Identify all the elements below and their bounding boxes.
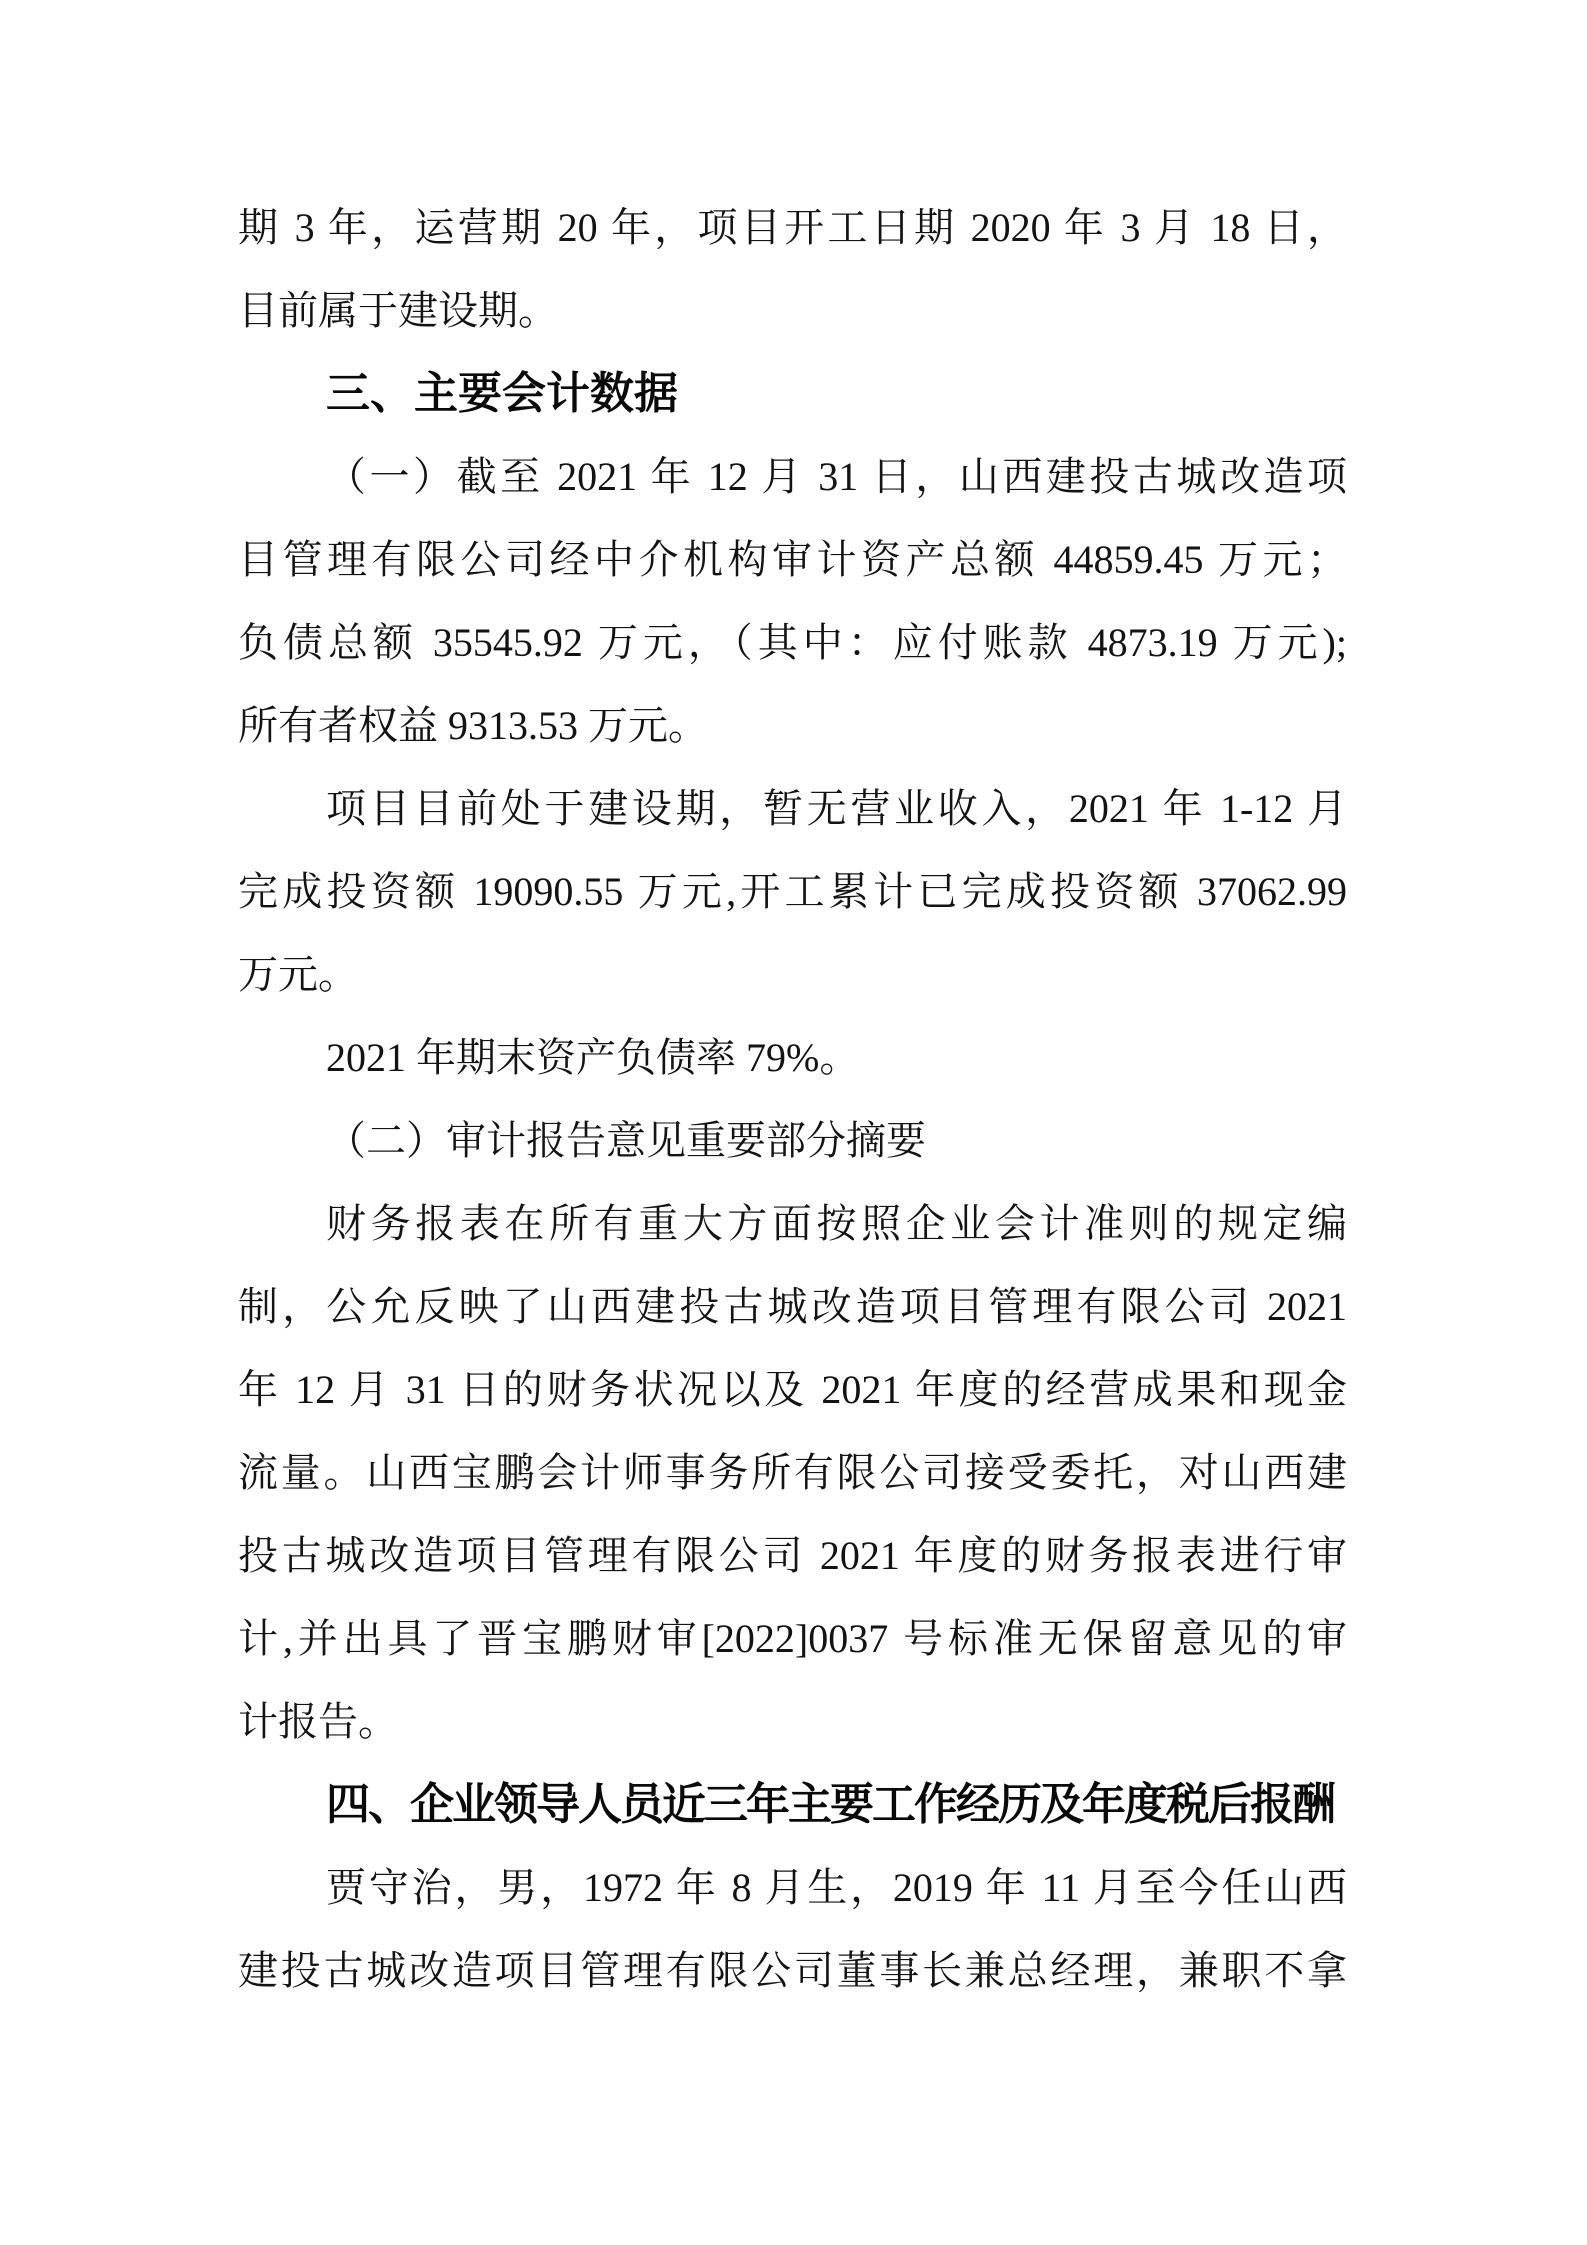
- text-line: 万元。: [238, 933, 1347, 1016]
- text-line: 完成投资额 19090.55 万元,开工累计已完成投资额 37062.99: [238, 850, 1347, 933]
- text-line: 负债总额 35545.92 万元，（其中：应付账款 4873.19 万元);: [238, 601, 1347, 684]
- text-line: 目前属于建设期。: [238, 269, 1347, 352]
- section-heading: 四、企业领导人员近三年主要工作经历及年度税后报酬: [238, 1763, 1347, 1846]
- text-line: 贾守治，男，1972 年 8 月生，2019 年 11 月至今任山西: [238, 1846, 1347, 1929]
- text-line: 期 3 年，运营期 20 年，项目开工日期 2020 年 3 月 18 日，: [238, 186, 1347, 269]
- text-line: （二）审计报告意见重要部分摘要: [238, 1099, 1347, 1182]
- text-line: 制，公允反映了山西建投古城改造项目管理有限公司 2021: [238, 1265, 1347, 1348]
- text-line: （一）截至 2021 年 12 月 31 日，山西建投古城改造项: [238, 435, 1347, 518]
- document-page: 期 3 年，运营期 20 年，项目开工日期 2020 年 3 月 18 日，目前…: [0, 0, 1587, 2245]
- text-line: 2021 年期末资产负债率 79%。: [238, 1016, 1347, 1099]
- text-line: 所有者权益 9313.53 万元。: [238, 684, 1347, 767]
- text-line: 年 12 月 31 日的财务状况以及 2021 年度的经营成果和现金: [238, 1348, 1347, 1431]
- text-line: 投古城改造项目管理有限公司 2021 年度的财务报表进行审: [238, 1514, 1347, 1597]
- text-line: 项目目前处于建设期，暂无营业收入，2021 年 1-12 月: [238, 767, 1347, 850]
- text-line: 计报告。: [238, 1680, 1347, 1763]
- text-line: 建投古城改造项目管理有限公司董事长兼总经理，兼职不拿: [238, 1929, 1347, 2012]
- text-line: 流量。山西宝鹏会计师事务所有限公司接受委托，对山西建: [238, 1431, 1347, 1514]
- text-line: 计,并出具了晋宝鹏财审[2022]0037 号标准无保留意见的审: [238, 1597, 1347, 1680]
- text-line: 财务报表在所有重大方面按照企业会计准则的规定编: [238, 1182, 1347, 1265]
- section-heading: 三、主要会计数据: [238, 352, 1347, 435]
- text-line: 目管理有限公司经中介机构审计资产总额 44859.45 万元；: [238, 518, 1347, 601]
- document-text-block: 期 3 年，运营期 20 年，项目开工日期 2020 年 3 月 18 日，目前…: [238, 186, 1347, 2012]
